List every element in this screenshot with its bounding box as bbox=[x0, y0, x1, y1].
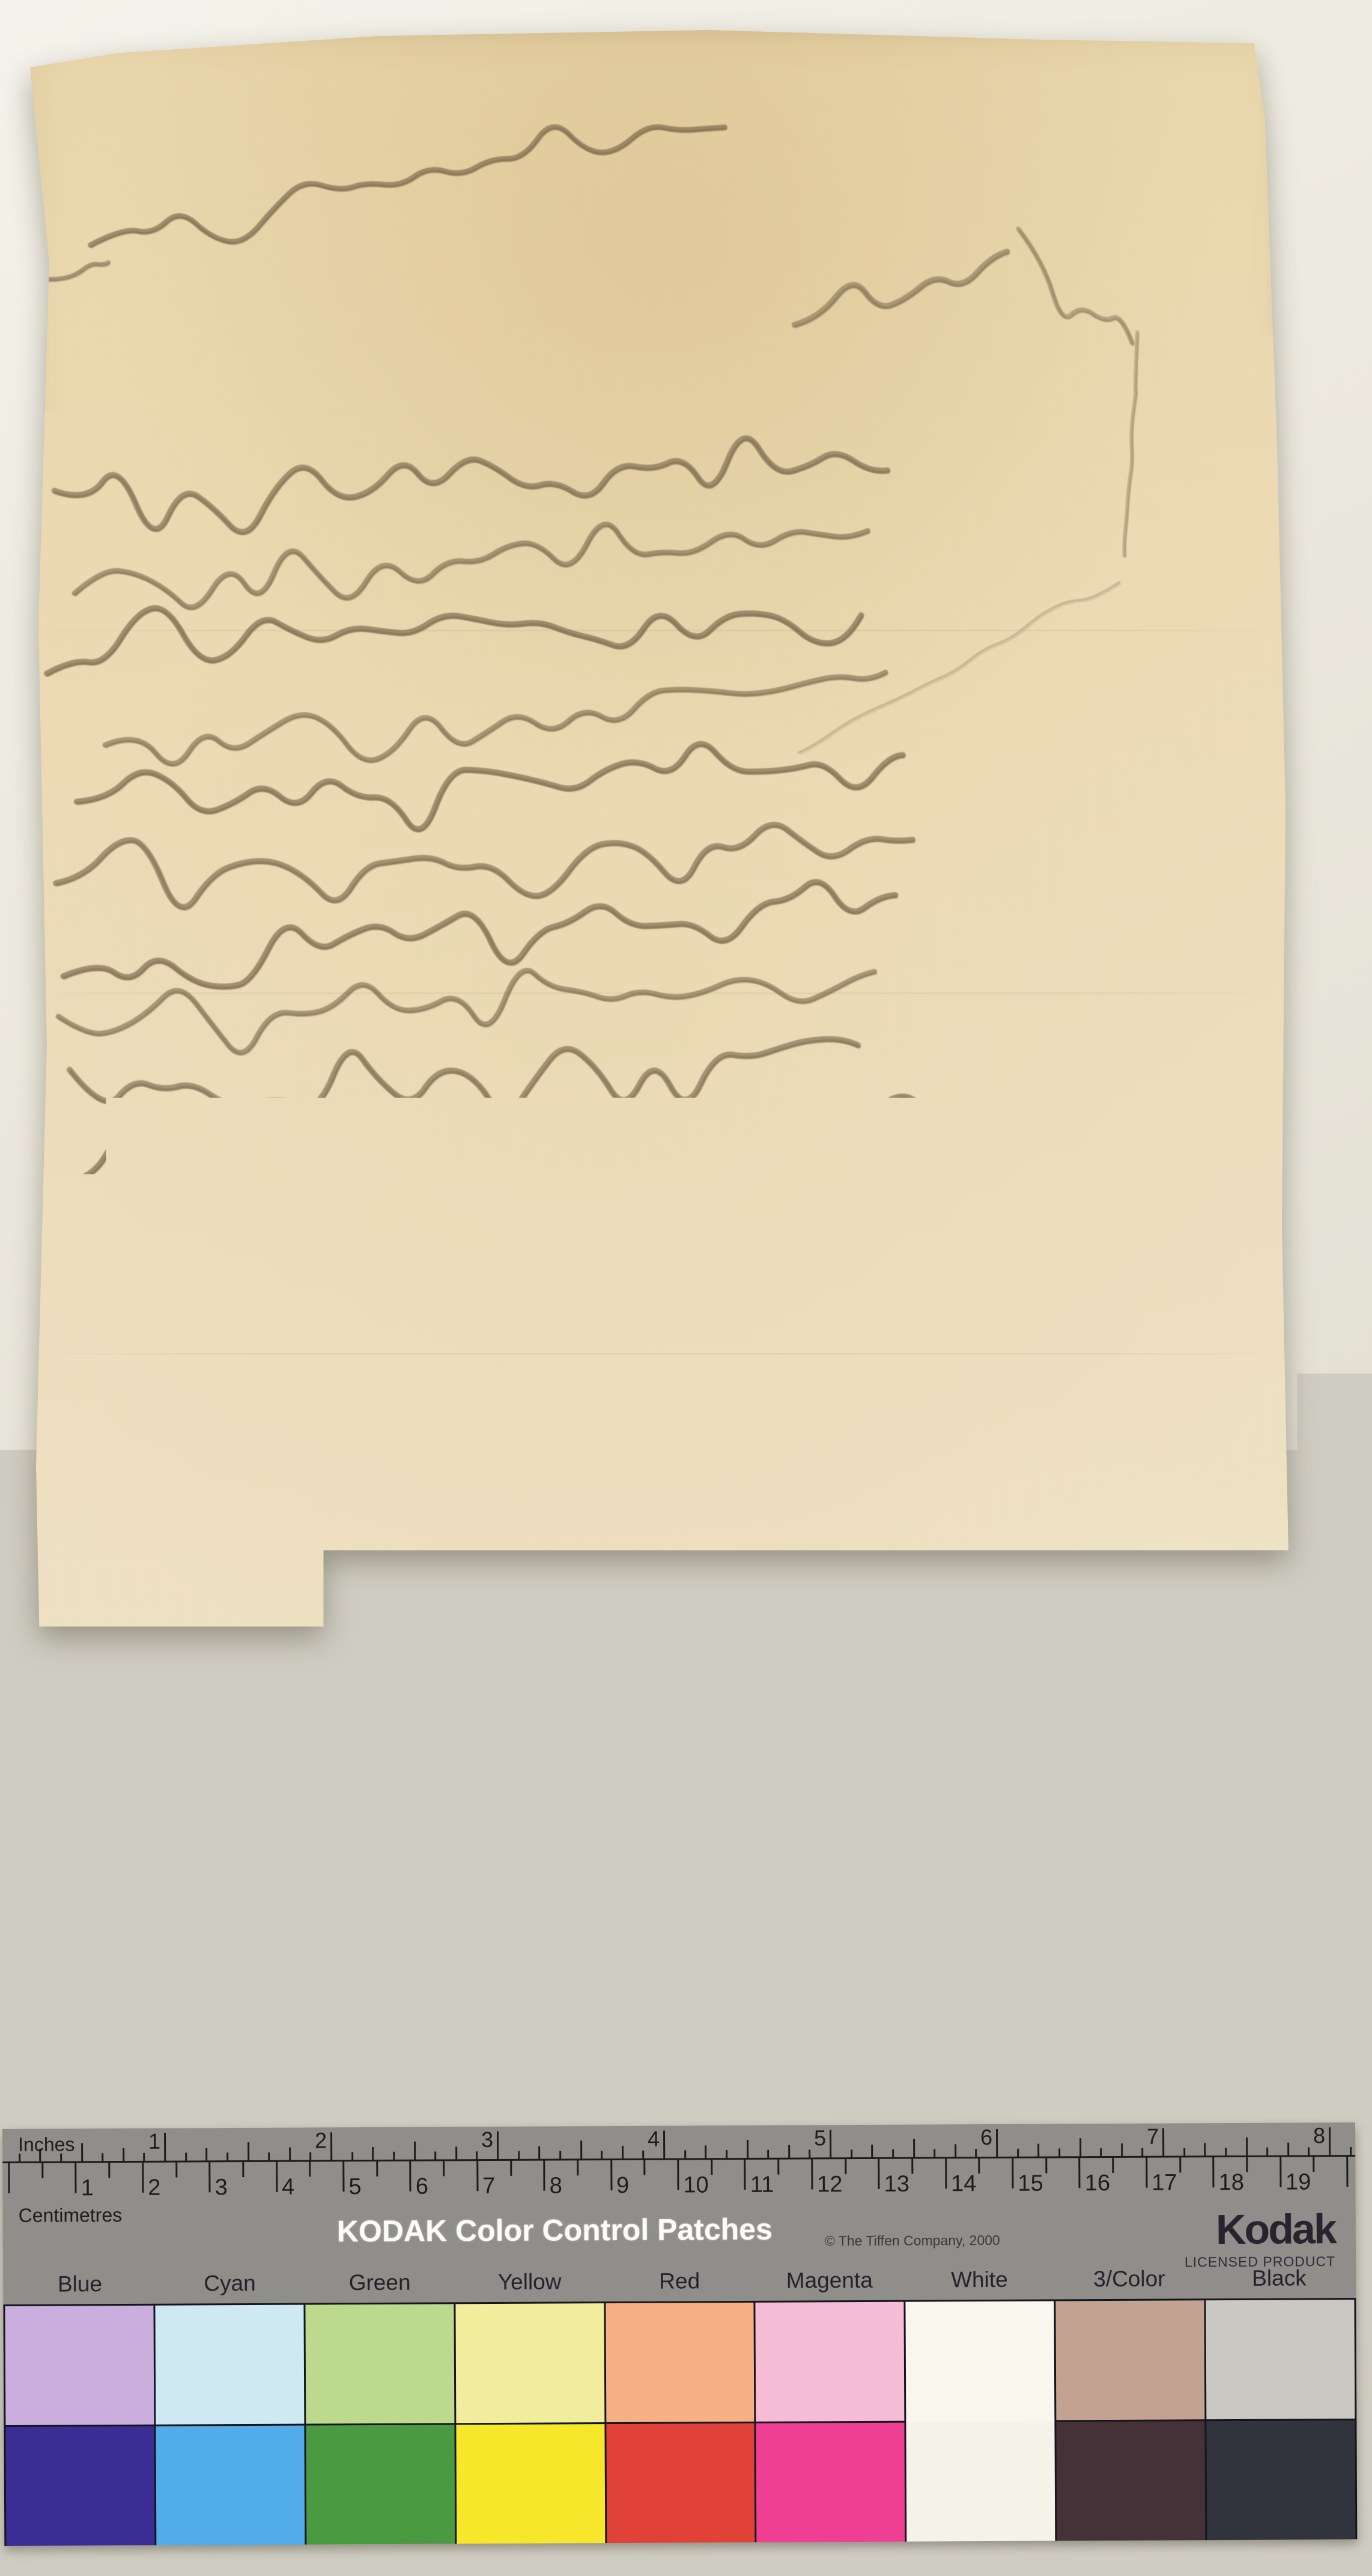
patch-column bbox=[906, 2301, 1055, 2541]
inch-tick bbox=[1121, 2143, 1123, 2156]
cm-tick bbox=[208, 2162, 210, 2192]
inch-tick bbox=[601, 2151, 603, 2158]
patch-label-cyan: Cyan bbox=[157, 2271, 302, 2297]
cm-half-tick bbox=[242, 2162, 244, 2177]
ink-stroke bbox=[106, 674, 887, 765]
inch-tick bbox=[268, 2152, 270, 2160]
cm-number: 15 bbox=[1018, 2172, 1043, 2195]
cm-tick bbox=[1079, 2158, 1081, 2188]
patch-light-swatch bbox=[455, 2303, 604, 2425]
inch-tick bbox=[538, 2146, 540, 2159]
ink-stroke bbox=[1019, 231, 1133, 345]
inch-tick bbox=[892, 2149, 894, 2157]
cm-half-tick bbox=[443, 2161, 445, 2176]
cm-tick bbox=[543, 2161, 545, 2191]
cm-number: 12 bbox=[817, 2173, 842, 2196]
cm-number: 5 bbox=[348, 2175, 361, 2198]
cm-tick bbox=[8, 2163, 10, 2193]
cm-number: 3 bbox=[215, 2176, 228, 2199]
inch-tick bbox=[705, 2145, 706, 2158]
ink-stroke bbox=[69, 1788, 526, 1865]
inch-tick bbox=[1079, 2138, 1081, 2156]
inch-number: 4 bbox=[633, 2128, 660, 2150]
patch-light-swatch bbox=[1206, 2300, 1355, 2421]
cm-tick bbox=[878, 2159, 879, 2189]
ink-stroke bbox=[77, 744, 903, 829]
cm-tick bbox=[410, 2161, 411, 2192]
cm-number: 13 bbox=[884, 2173, 909, 2196]
cm-half-tick bbox=[845, 2159, 846, 2174]
inch-tick bbox=[643, 2151, 645, 2158]
inch-tick bbox=[1162, 2128, 1164, 2156]
ink-stroke bbox=[1126, 334, 1139, 557]
cm-number: 6 bbox=[416, 2175, 428, 2198]
cm-half-tick bbox=[979, 2158, 980, 2173]
cm-tick bbox=[677, 2160, 679, 2190]
cm-number: 14 bbox=[951, 2172, 976, 2195]
cm-half-tick bbox=[1112, 2158, 1114, 2173]
target-title: KODAK Color Control Patches bbox=[337, 2212, 773, 2249]
ink-stroke bbox=[78, 746, 904, 831]
inch-tick bbox=[205, 2148, 207, 2160]
inch-tick bbox=[1017, 2149, 1019, 2157]
patch-column bbox=[756, 2302, 905, 2542]
inch-tick bbox=[1246, 2137, 1248, 2155]
inch-tick bbox=[1142, 2148, 1144, 2156]
inch-tick bbox=[1037, 2144, 1039, 2157]
patch-light-swatch bbox=[1056, 2300, 1205, 2422]
cm-half-tick bbox=[175, 2163, 177, 2178]
inch-tick bbox=[809, 2149, 811, 2157]
inch-tick bbox=[1350, 2147, 1352, 2155]
patch-dark-swatch bbox=[606, 2423, 755, 2543]
cm-number: 19 bbox=[1285, 2170, 1311, 2193]
patch-dark-swatch bbox=[306, 2425, 455, 2544]
patch-label-yellow: Yellow bbox=[458, 2269, 602, 2295]
ink-stroke bbox=[795, 252, 1007, 325]
cm-number: 4 bbox=[282, 2176, 294, 2199]
inch-tick bbox=[580, 2140, 582, 2158]
ink-stroke bbox=[64, 882, 896, 986]
cm-tick bbox=[476, 2161, 478, 2191]
cm-number: 18 bbox=[1219, 2171, 1244, 2194]
ink-stroke bbox=[105, 672, 885, 764]
inch-tick bbox=[144, 2153, 145, 2161]
inch-tick bbox=[226, 2152, 228, 2160]
inch-tick bbox=[60, 2154, 62, 2161]
ruler-bar: Inches Centimetres KODAK Color Control P… bbox=[2, 2122, 1356, 2304]
patch-label-blue: Blue bbox=[8, 2271, 152, 2297]
cm-number: 10 bbox=[683, 2173, 708, 2196]
cm-half-tick bbox=[711, 2160, 712, 2175]
patch-dark-swatch bbox=[756, 2423, 905, 2542]
patch-column bbox=[606, 2303, 755, 2543]
inch-tick bbox=[185, 2153, 187, 2161]
ink-stroke bbox=[56, 825, 912, 907]
cm-tick bbox=[1346, 2157, 1348, 2187]
cm-half-tick bbox=[41, 2163, 43, 2178]
patch-dark-swatch bbox=[906, 2422, 1055, 2541]
patch-grid bbox=[3, 2298, 1357, 2546]
kodak-logo: Kodak bbox=[1216, 2208, 1335, 2250]
ink-stroke bbox=[157, 1925, 574, 2041]
inch-number: 6 bbox=[966, 2127, 992, 2148]
patch-label-white: White bbox=[907, 2267, 1051, 2292]
patch-dark-swatch bbox=[156, 2426, 305, 2545]
inch-number: 7 bbox=[1132, 2126, 1159, 2148]
cm-number: 16 bbox=[1085, 2172, 1110, 2195]
patch-light-swatch bbox=[606, 2303, 754, 2424]
patch-light-swatch bbox=[305, 2304, 454, 2425]
patch-light-swatch bbox=[155, 2305, 304, 2426]
inch-tick bbox=[518, 2151, 520, 2159]
ink-stroke bbox=[71, 1041, 859, 1114]
inch-tick bbox=[372, 2147, 374, 2160]
inch-tick bbox=[747, 2140, 748, 2158]
inch-tick bbox=[123, 2148, 124, 2161]
cm-tick bbox=[342, 2161, 344, 2192]
inch-tick bbox=[351, 2152, 353, 2160]
cm-half-tick bbox=[577, 2160, 578, 2175]
patch-label-green: Green bbox=[308, 2270, 452, 2295]
cm-half-tick bbox=[1313, 2157, 1315, 2172]
inch-number: 2 bbox=[300, 2130, 327, 2151]
cm-tick bbox=[1212, 2157, 1214, 2187]
ink-stroke bbox=[62, 1244, 889, 1337]
cm-tick bbox=[1279, 2157, 1281, 2187]
inch-number: 3 bbox=[467, 2129, 493, 2151]
copyright-text: © The Tiffen Company, 2000 bbox=[825, 2232, 1000, 2249]
inch-tick bbox=[559, 2151, 561, 2158]
archival-photo: Inches Centimetres KODAK Color Control P… bbox=[0, 0, 1372, 2576]
patch-label-red: Red bbox=[607, 2268, 751, 2294]
patch-light-swatch bbox=[5, 2306, 154, 2427]
cm-number: 11 bbox=[750, 2173, 774, 2196]
cm-tick bbox=[142, 2163, 144, 2193]
patch-column bbox=[1206, 2300, 1356, 2540]
seal-speck-marks bbox=[1032, 998, 1086, 1113]
inch-tick bbox=[1266, 2148, 1268, 2155]
cm-tick bbox=[811, 2159, 813, 2189]
inch-tick bbox=[1287, 2143, 1289, 2155]
ink-stroke bbox=[74, 524, 867, 607]
ink-dot bbox=[94, 2034, 105, 2045]
inch-tick bbox=[726, 2150, 727, 2158]
ink-stroke bbox=[63, 1245, 890, 1338]
inch-tick bbox=[164, 2133, 166, 2161]
inch-tick bbox=[622, 2146, 624, 2158]
inch-tick bbox=[476, 2151, 478, 2159]
cm-tick bbox=[1012, 2158, 1013, 2189]
cm-tick bbox=[610, 2160, 612, 2190]
patch-label-black: Black bbox=[1207, 2265, 1351, 2291]
ruler-tick-marks: 1234567812345678910111213141516171819 bbox=[2, 2122, 1355, 2129]
ink-stroke bbox=[799, 582, 1120, 752]
inch-tick bbox=[393, 2152, 395, 2160]
inch-tick bbox=[414, 2142, 416, 2160]
inch-tick bbox=[830, 2130, 831, 2157]
inch-tick bbox=[871, 2145, 873, 2157]
inches-label: Inches bbox=[18, 2133, 74, 2155]
cm-half-tick bbox=[911, 2159, 913, 2174]
inch-tick bbox=[289, 2148, 291, 2160]
cm-tick bbox=[75, 2163, 77, 2193]
cm-half-tick bbox=[510, 2161, 512, 2176]
cm-half-tick bbox=[309, 2161, 311, 2177]
inch-tick bbox=[1183, 2148, 1185, 2155]
cm-half-tick bbox=[1045, 2158, 1047, 2173]
inch-tick bbox=[330, 2132, 332, 2160]
inch-tick bbox=[247, 2142, 249, 2160]
inch-tick bbox=[933, 2149, 935, 2157]
inch-tick bbox=[81, 2143, 83, 2161]
inch-tick bbox=[102, 2153, 103, 2161]
patch-column bbox=[5, 2306, 154, 2546]
inch-tick bbox=[455, 2146, 457, 2159]
inch-number: 1 bbox=[134, 2131, 160, 2152]
kodak-color-target: Inches Centimetres KODAK Color Control P… bbox=[2, 2122, 1357, 2546]
ink-stroke bbox=[1125, 332, 1138, 556]
patch-light-swatch bbox=[756, 2302, 905, 2423]
patch-label-magenta: Magenta bbox=[757, 2268, 902, 2294]
patch-dark-swatch bbox=[5, 2426, 154, 2546]
ink-stroke bbox=[93, 1478, 861, 1566]
inch-number: 5 bbox=[800, 2127, 826, 2149]
cm-half-tick bbox=[1246, 2157, 1248, 2172]
cm-number: 8 bbox=[550, 2174, 562, 2197]
ink-stroke bbox=[796, 254, 1009, 327]
ink-stroke bbox=[59, 972, 875, 1054]
cm-tick bbox=[945, 2158, 947, 2189]
inch-tick bbox=[976, 2149, 977, 2157]
ink-stroke bbox=[85, 1174, 905, 1274]
inch-tick bbox=[996, 2129, 998, 2157]
inch-tick bbox=[19, 2154, 20, 2161]
inch-tick bbox=[851, 2149, 852, 2157]
ink-stroke bbox=[70, 1790, 527, 1867]
inch-tick bbox=[310, 2152, 312, 2160]
cm-tick bbox=[1146, 2158, 1147, 2188]
cm-half-tick bbox=[1179, 2157, 1181, 2172]
patch-dark-swatch bbox=[1057, 2421, 1206, 2541]
ink-stroke bbox=[1018, 229, 1132, 343]
seal-residue-spot bbox=[1068, 968, 1212, 1132]
inch-tick bbox=[1225, 2148, 1227, 2155]
ink-stroke bbox=[800, 584, 1121, 754]
ink-stroke bbox=[94, 1480, 863, 1568]
inch-tick bbox=[1329, 2127, 1331, 2155]
manuscript-sheet-wrapper bbox=[18, 24, 1298, 2113]
cm-half-tick bbox=[108, 2163, 110, 2178]
inch-number: 8 bbox=[1299, 2125, 1325, 2146]
patch-column bbox=[1056, 2300, 1206, 2541]
cm-half-tick bbox=[644, 2160, 646, 2175]
inch-tick bbox=[1058, 2148, 1060, 2156]
ink-stroke bbox=[159, 1927, 575, 2043]
ink-stroke bbox=[102, 1555, 729, 1654]
ink-stroke bbox=[56, 440, 889, 534]
ink-stroke bbox=[61, 1335, 879, 1419]
patch-dark-swatch bbox=[456, 2424, 605, 2544]
patch-light-swatch bbox=[906, 2301, 1055, 2422]
ink-stroke bbox=[92, 129, 726, 247]
cm-number: 1 bbox=[81, 2177, 94, 2199]
patch-column bbox=[305, 2304, 455, 2544]
inch-tick bbox=[684, 2150, 686, 2158]
inch-tick bbox=[913, 2139, 915, 2157]
ink-stroke bbox=[118, 1692, 649, 1791]
inch-tick bbox=[788, 2145, 790, 2158]
cm-half-tick bbox=[376, 2161, 378, 2177]
inch-tick bbox=[1204, 2143, 1206, 2155]
cm-tick bbox=[276, 2162, 278, 2192]
cm-tick bbox=[744, 2160, 746, 2190]
inch-tick bbox=[1308, 2147, 1310, 2155]
inch-tick bbox=[663, 2131, 665, 2158]
inch-tick bbox=[434, 2151, 436, 2159]
cm-number: 9 bbox=[616, 2174, 629, 2197]
manuscript-sheet bbox=[18, 24, 1298, 2113]
patch-column bbox=[455, 2303, 605, 2544]
inch-tick bbox=[39, 2149, 41, 2161]
patch-column bbox=[155, 2305, 305, 2545]
ink-stroke bbox=[76, 526, 869, 609]
cm-number: 2 bbox=[148, 2177, 160, 2199]
inch-tick bbox=[497, 2131, 499, 2159]
cm-number: 7 bbox=[482, 2175, 495, 2198]
ink-stroke bbox=[87, 1176, 906, 1276]
inch-tick bbox=[767, 2150, 769, 2158]
patch-dark-swatch bbox=[1207, 2420, 1356, 2540]
cm-number: 17 bbox=[1152, 2171, 1177, 2194]
inch-tick bbox=[1100, 2148, 1102, 2156]
centimetres-label: Centimetres bbox=[19, 2204, 123, 2227]
patch-label-3-color: 3/Color bbox=[1057, 2266, 1201, 2292]
inch-tick bbox=[955, 2144, 956, 2157]
cm-half-tick bbox=[777, 2160, 779, 2175]
